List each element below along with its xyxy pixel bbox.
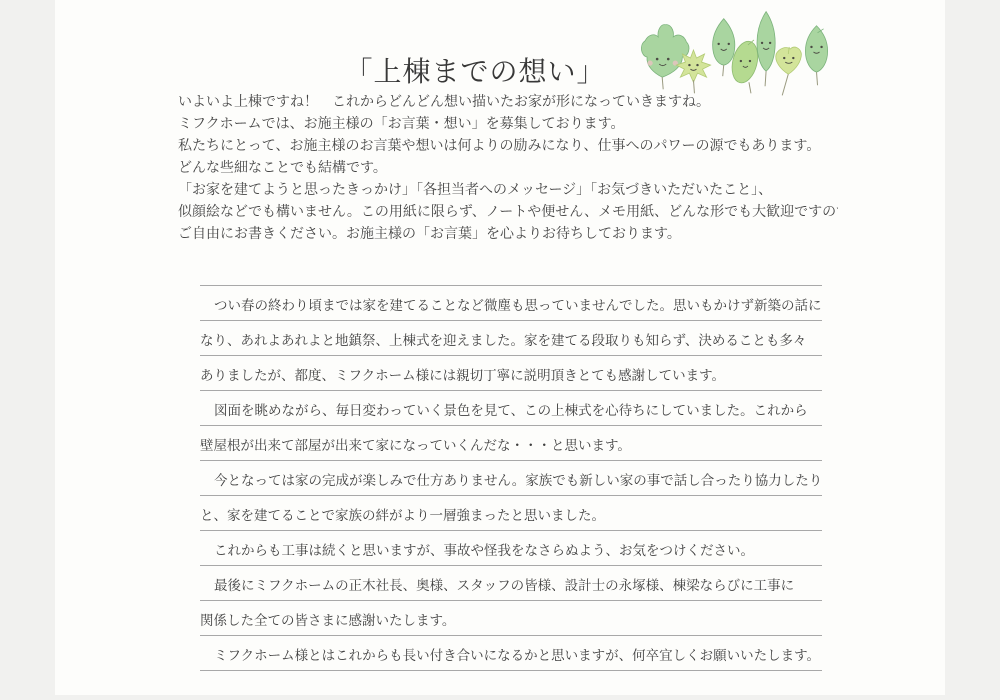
intro-line: 「お家を建てようと思ったきっかけ」「各担当者へのメッセージ」「お気づきいただいた… bbox=[178, 178, 838, 200]
intro-line: 私たちにとって、お施主様のお言葉や想いは何よりの励みになり、仕事へのパワーの源で… bbox=[178, 134, 838, 156]
message-line: つい春の終わり頃までは家を建てることなど微塵も思っていませんでした。思いもかけず… bbox=[200, 286, 822, 321]
message-line: 最後にミフクホームの正木社長、奥様、スタッフの皆様、設計士の永塚様、棟梁ならびに… bbox=[200, 566, 822, 601]
message-line: と、家を建てることで家族の絆がより一層強まったと思いました。 bbox=[200, 496, 822, 531]
long-narrow-leaf-icon bbox=[757, 12, 775, 87]
message-line: 関係した全ての皆さまに感謝いたします。 bbox=[200, 601, 822, 636]
message-line: なり、あれよあれよと地鎮祭、上棟式を迎えました。家を建てる段取りも知らず、決める… bbox=[200, 321, 822, 356]
intro-line: いよいよ上棟ですね！ これからどんどん想い描いたお家が形になっていきますね。 bbox=[178, 90, 838, 112]
pointed-oval-leaf-icon bbox=[805, 26, 827, 86]
intro-paragraph: いよいよ上棟ですね！ これからどんどん想い描いたお家が形になっていきますね。 ミ… bbox=[178, 90, 838, 244]
intro-line: 似顔絵などでも構いません。この用紙に限らず、ノートや便せん、メモ用紙、どんな形で… bbox=[178, 200, 838, 222]
ginkgo-leaf-icon bbox=[776, 47, 802, 95]
tri-lobed-leaf-icon bbox=[641, 25, 689, 90]
intro-line: ミフクホームでは、お施主様の「お言葉・想い」を募集しております。 bbox=[178, 112, 838, 134]
leaf-characters-illustration bbox=[640, 8, 872, 100]
scanned-paper-page: 「上棟までの想い」 bbox=[55, 0, 945, 695]
pointed-teardrop-leaf-icon bbox=[713, 19, 735, 76]
message-line: ミフクホーム様とはこれからも長い付き合いになるかと思いますが、何卒宜しくお願いい… bbox=[200, 636, 822, 671]
message-ruled-area: つい春の終わり頃までは家を建てることなど微塵も思っていませんでした。思いもかけず… bbox=[200, 285, 822, 671]
message-line: ありましたが、都度、ミフクホーム様には親切丁寧に説明頂きとても感謝しています。 bbox=[200, 356, 822, 391]
message-line: 図面を眺めながら、毎日変わっていく景色を見て、この上棟式を心待ちにしていました。… bbox=[200, 391, 822, 426]
message-line: 今となっては家の完成が楽しみで仕方ありません。家族でも新しい家の事で話し合ったり… bbox=[200, 461, 822, 496]
intro-line: ご自由にお書きください。お施主様の「お言葉」を心よりお待ちしております。 bbox=[178, 222, 838, 244]
message-line: 壁屋根が出来て部屋が出来て家になっていくんだな・・・と思います。 bbox=[200, 426, 822, 461]
intro-line: どんな些細なことでも結構です。 bbox=[178, 156, 838, 178]
message-line: これからも工事は続くと思いますが、事故や怪我をなさらぬよう、お気をつけください。 bbox=[200, 531, 822, 566]
